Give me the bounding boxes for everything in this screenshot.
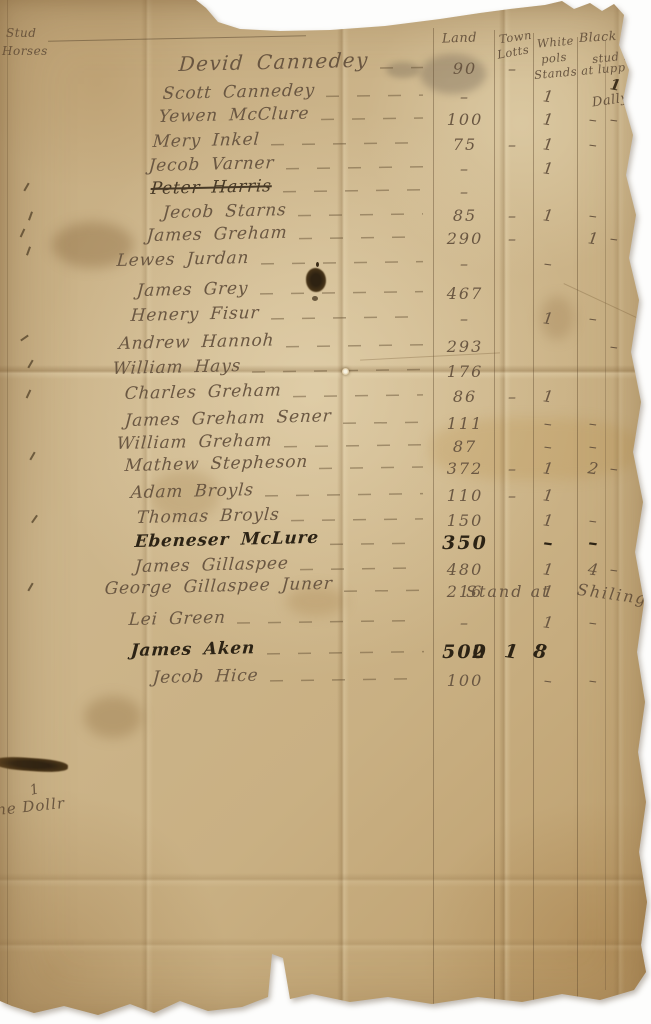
margin-ticks-layer: [0, 0, 651, 1024]
margin-tick: [27, 360, 33, 369]
ink-blot: [306, 268, 326, 292]
ink-splatter-dot: [316, 262, 319, 267]
margin-tick: [29, 452, 35, 461]
margin-tick: [26, 246, 31, 255]
margin-tick: [20, 335, 29, 342]
margin-tick: [20, 228, 26, 237]
paper-sheet: Stud Horses Land Town Lotts White pols B…: [0, 0, 651, 1024]
margin-tick: [23, 183, 29, 192]
margin-tick: [28, 211, 33, 220]
scanned-document: Stud Horses Land Town Lotts White pols B…: [0, 0, 651, 1024]
margin-tick: [27, 583, 33, 592]
paper-wrap: Stud Horses Land Town Lotts White pols B…: [0, 0, 651, 1024]
margin-tick: [31, 515, 38, 524]
margin-tick: [26, 389, 32, 398]
pin-hole: [342, 368, 349, 375]
ink-drip-dot: [312, 296, 318, 301]
